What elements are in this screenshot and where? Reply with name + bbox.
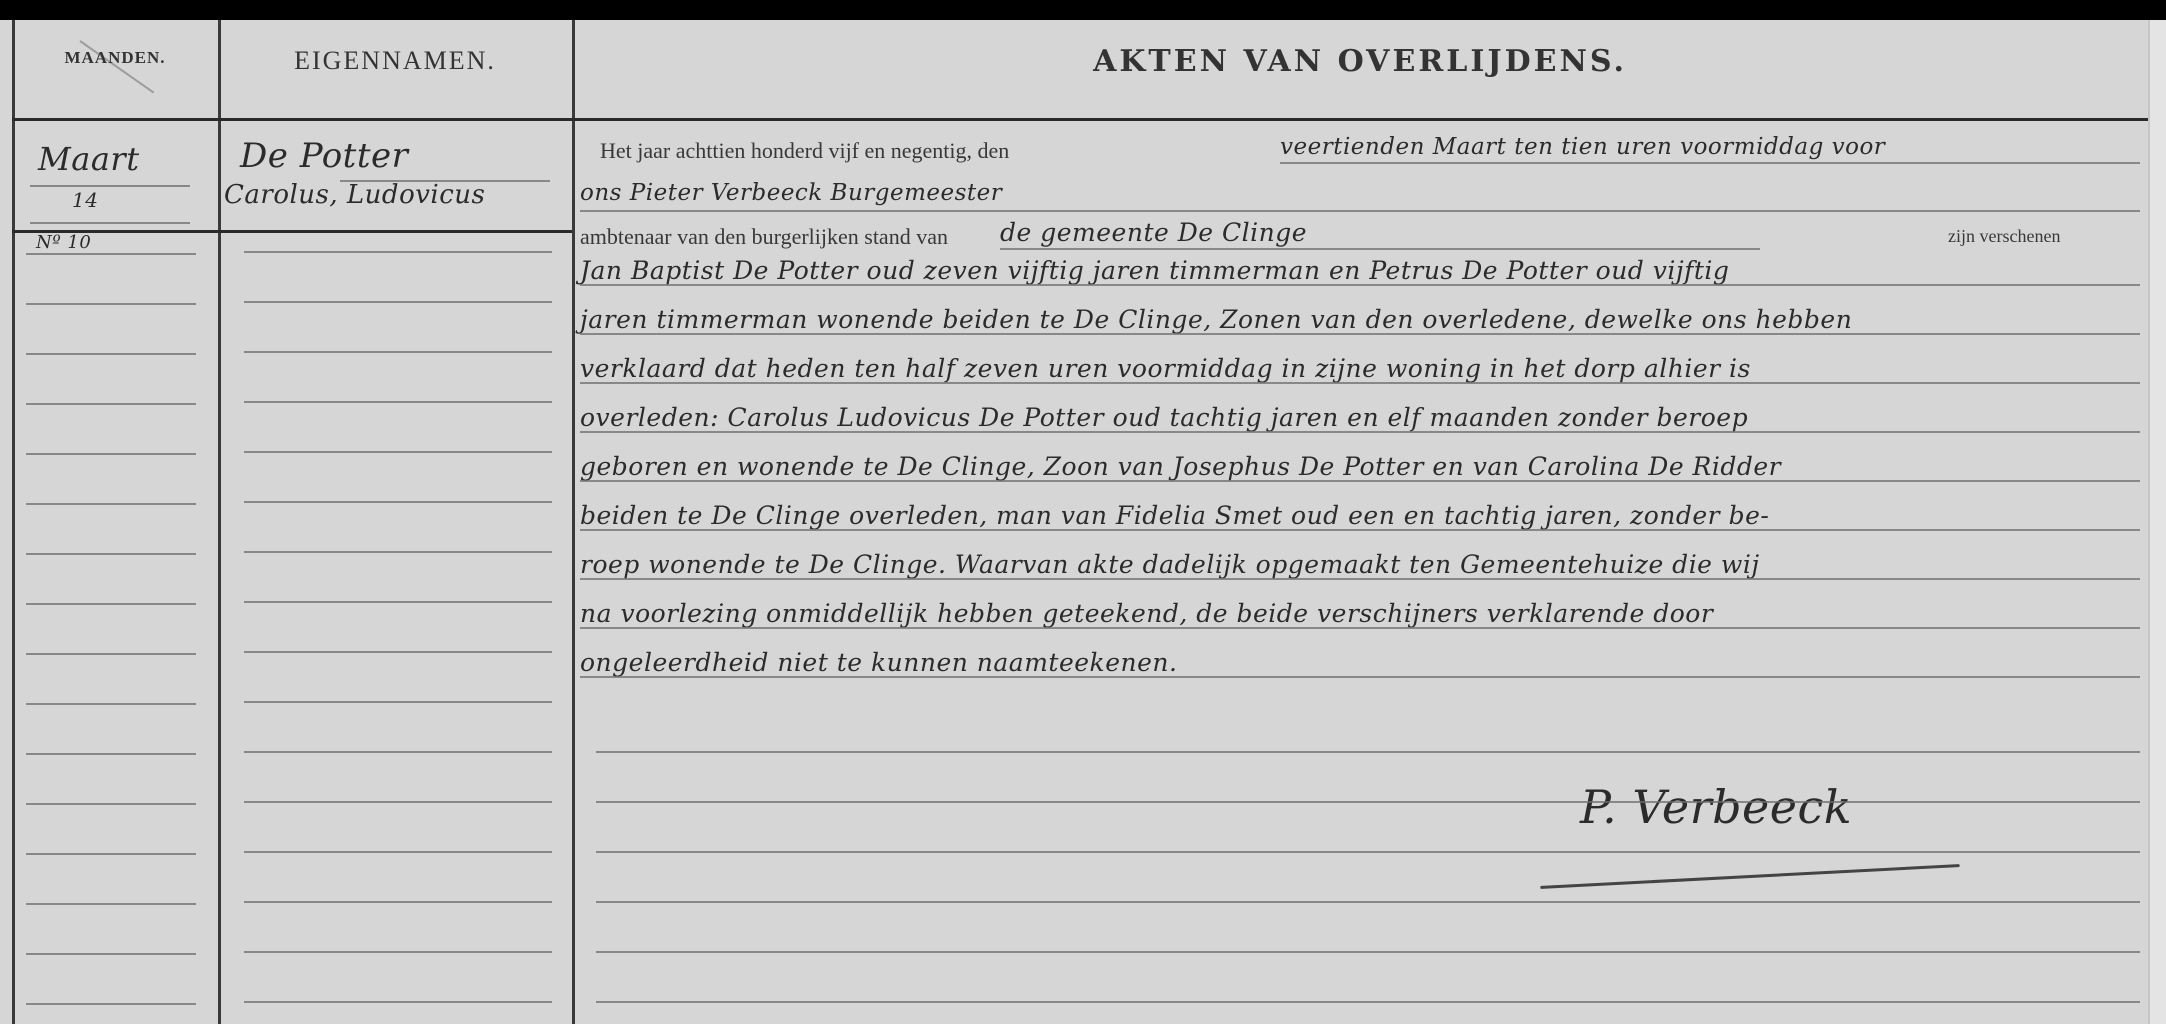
rule (244, 701, 552, 703)
column-divider-months-names (218, 20, 221, 1024)
rule (596, 751, 2140, 753)
header-bottom-rule (12, 118, 2148, 121)
rule (26, 853, 196, 855)
top-black-band (0, 0, 2166, 20)
entry-given-names: Carolus, Ludovicus (224, 180, 485, 210)
entry-month: Maart (38, 140, 140, 178)
rule (244, 851, 552, 853)
act-line: ongeleerdheid niet te kunnen naamteekene… (580, 648, 1177, 677)
rule (580, 529, 2140, 531)
rule (26, 953, 196, 955)
rule (596, 801, 2140, 803)
rule (244, 251, 552, 253)
rule (596, 901, 2140, 903)
act-line: jaren timmerman wonende beiden te De Cli… (580, 305, 1852, 334)
act-line: roep wonende te De Clinge. Waarvan akte … (580, 550, 1760, 579)
act-line: verklaard dat heden ten half zeven uren … (580, 354, 1751, 383)
header-months: MAANDEN. (12, 48, 218, 68)
page-edge (2148, 20, 2166, 1024)
column-divider-names-acts (572, 20, 575, 1024)
rule (26, 803, 196, 805)
rule (244, 501, 552, 503)
rule (26, 603, 196, 605)
rule (26, 1003, 196, 1005)
rule (26, 253, 196, 255)
rule (26, 903, 196, 905)
rule (244, 301, 552, 303)
rule (580, 210, 2140, 212)
rule (244, 451, 552, 453)
act-line: overleden: Carolus Ludovicus De Potter o… (580, 403, 1748, 432)
rule (580, 431, 2140, 433)
rule (26, 353, 196, 355)
registrar-signature: P. Verbeeck (1580, 780, 1852, 834)
rule (580, 578, 2140, 580)
rule (244, 401, 552, 403)
rule (244, 351, 552, 353)
rule (580, 676, 2140, 678)
act-line: beiden te De Clinge overleden, man van F… (580, 501, 1769, 530)
entry-day: 14 (72, 188, 98, 212)
act-civil-registrar-printed: ambtenaar van den burgerlijken stand van (580, 224, 948, 250)
rule (1280, 162, 2140, 164)
rule (580, 333, 2140, 335)
rule (244, 801, 552, 803)
rule (30, 185, 190, 187)
rule (244, 1001, 552, 1003)
rule (596, 1001, 2140, 1003)
rule (30, 222, 190, 224)
rule (26, 303, 196, 305)
rule (596, 851, 2140, 853)
rule (26, 653, 196, 655)
act-appeared-printed: zijn verschenen (1948, 226, 2060, 247)
act-date-handwritten: veertienden Maart ten tien uren voormidd… (1280, 134, 1885, 160)
entry-number: Nº 10 (36, 232, 91, 253)
rule (26, 453, 196, 455)
act-intro-printed: Het jaar achttien honderd vijf en negent… (600, 138, 1009, 164)
entry-bottom-rule (12, 230, 572, 233)
header-names: EIGENNAMEN. (218, 46, 572, 76)
rule (580, 480, 2140, 482)
signature-flourish (1540, 864, 1960, 889)
rule (244, 651, 552, 653)
rule (26, 403, 196, 405)
rule (26, 553, 196, 555)
rule (26, 503, 196, 505)
rule (596, 951, 2140, 953)
register-page: MAANDEN. EIGENNAMEN. AKTEN VAN OVERLIJDE… (0, 20, 2148, 1024)
rule (244, 551, 552, 553)
rule (26, 753, 196, 755)
act-official-handwritten: ons Pieter Verbeeck Burgemeester (580, 180, 1002, 206)
rule (1000, 248, 1760, 250)
act-line: Jan Baptist De Potter oud zeven vijftig … (580, 256, 1729, 285)
left-border-line (12, 20, 15, 1024)
rule (580, 382, 2140, 384)
rule (26, 703, 196, 705)
rule (244, 951, 552, 953)
rule (580, 627, 2140, 629)
act-line: geboren en wonende te De Clinge, Zoon va… (580, 452, 1781, 481)
act-municipality-handwritten: de gemeente De Clinge (1000, 218, 1307, 247)
rule (580, 284, 2140, 286)
header-death-acts: AKTEN VAN OVERLIJDENS. (572, 44, 2148, 79)
rule (244, 751, 552, 753)
entry-surname: De Potter (240, 136, 408, 176)
act-line: na voorlezing onmiddellijk hebben geteek… (580, 599, 1713, 628)
rule (244, 601, 552, 603)
rule (244, 901, 552, 903)
